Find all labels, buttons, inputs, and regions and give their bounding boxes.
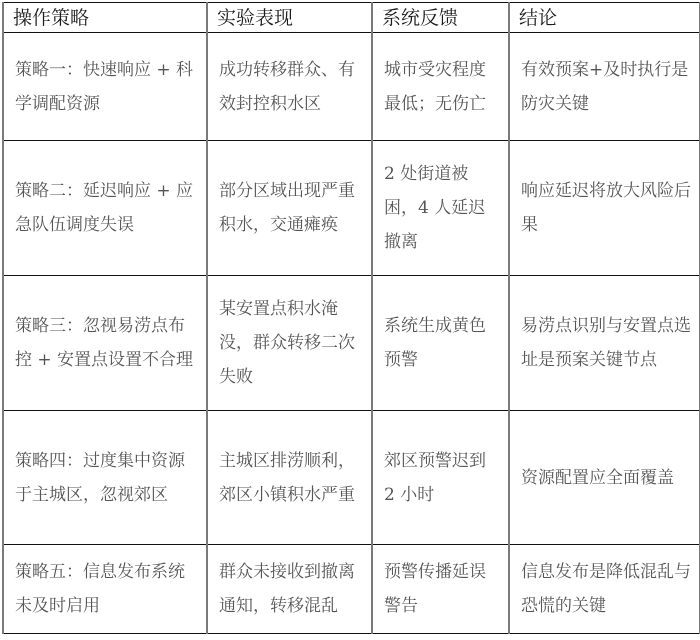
header-row: 操作策略 实验表现 系统反馈 结论 — [3, 3, 700, 33]
cell-performance: 成功转移群众、有效封控积水区 — [207, 33, 372, 141]
table-row: 策略二：延迟响应 + 应急队伍调度失误 部分区域出现严重积水，交通瘫痪 2 处街… — [3, 141, 700, 276]
header-conclusion: 结论 — [509, 3, 700, 33]
cell-performance: 某安置点积水淹没，群众转移二次失败 — [207, 276, 372, 411]
table-row: 策略四：过度集中资源于主城区，忽视郊区 主城区排涝顺利，郊区小镇积水严重 郊区预… — [3, 411, 700, 545]
cell-strategy: 策略五：信息发布系统未及时启用 — [3, 545, 207, 634]
cell-feedback: 系统生成黄色预警 — [372, 276, 509, 411]
cell-feedback: 预警传播延误警告 — [372, 545, 509, 634]
cell-performance: 主城区排涝顺利，郊区小镇积水严重 — [207, 411, 372, 545]
cell-strategy: 策略一：快速响应 + 科学调配资源 — [3, 33, 207, 141]
header-performance: 实验表现 — [207, 3, 372, 33]
table-row: 策略三：忽视易涝点布控 + 安置点设置不合理 某安置点积水淹没，群众转移二次失败… — [3, 276, 700, 411]
cell-feedback: 城市受灾程度最低；无伤亡 — [372, 33, 509, 141]
header-feedback: 系统反馈 — [372, 3, 509, 33]
cell-conclusion: 响应延迟将放大风险后果 — [509, 141, 700, 276]
table-row: 策略五：信息发布系统未及时启用 群众未接收到撤离通知，转移混乱 预警传播延误警告… — [3, 545, 700, 634]
cell-feedback: 郊区预警迟到 2 小时 — [372, 411, 509, 545]
strategy-comparison-table: 操作策略 实验表现 系统反馈 结论 策略一：快速响应 + 科学调配资源 成功转移… — [2, 2, 700, 634]
cell-strategy: 策略四：过度集中资源于主城区，忽视郊区 — [3, 411, 207, 545]
cell-feedback: 2 处街道被困，4 人延迟撤离 — [372, 141, 509, 276]
cell-performance: 部分区域出现严重积水，交通瘫痪 — [207, 141, 372, 276]
header-strategy: 操作策略 — [3, 3, 207, 33]
cell-conclusion: 有效预案+及时执行是防灾关键 — [509, 33, 700, 141]
cell-strategy: 策略二：延迟响应 + 应急队伍调度失误 — [3, 141, 207, 276]
table-row: 策略一：快速响应 + 科学调配资源 成功转移群众、有效封控积水区 城市受灾程度最… — [3, 33, 700, 141]
cell-strategy: 策略三：忽视易涝点布控 + 安置点设置不合理 — [3, 276, 207, 411]
cell-conclusion: 易涝点识别与安置点选址是预案关键节点 — [509, 276, 700, 411]
cell-conclusion: 资源配置应全面覆盖 — [509, 411, 700, 545]
cell-conclusion: 信息发布是降低混乱与恐慌的关键 — [509, 545, 700, 634]
cell-performance: 群众未接收到撤离通知，转移混乱 — [207, 545, 372, 634]
